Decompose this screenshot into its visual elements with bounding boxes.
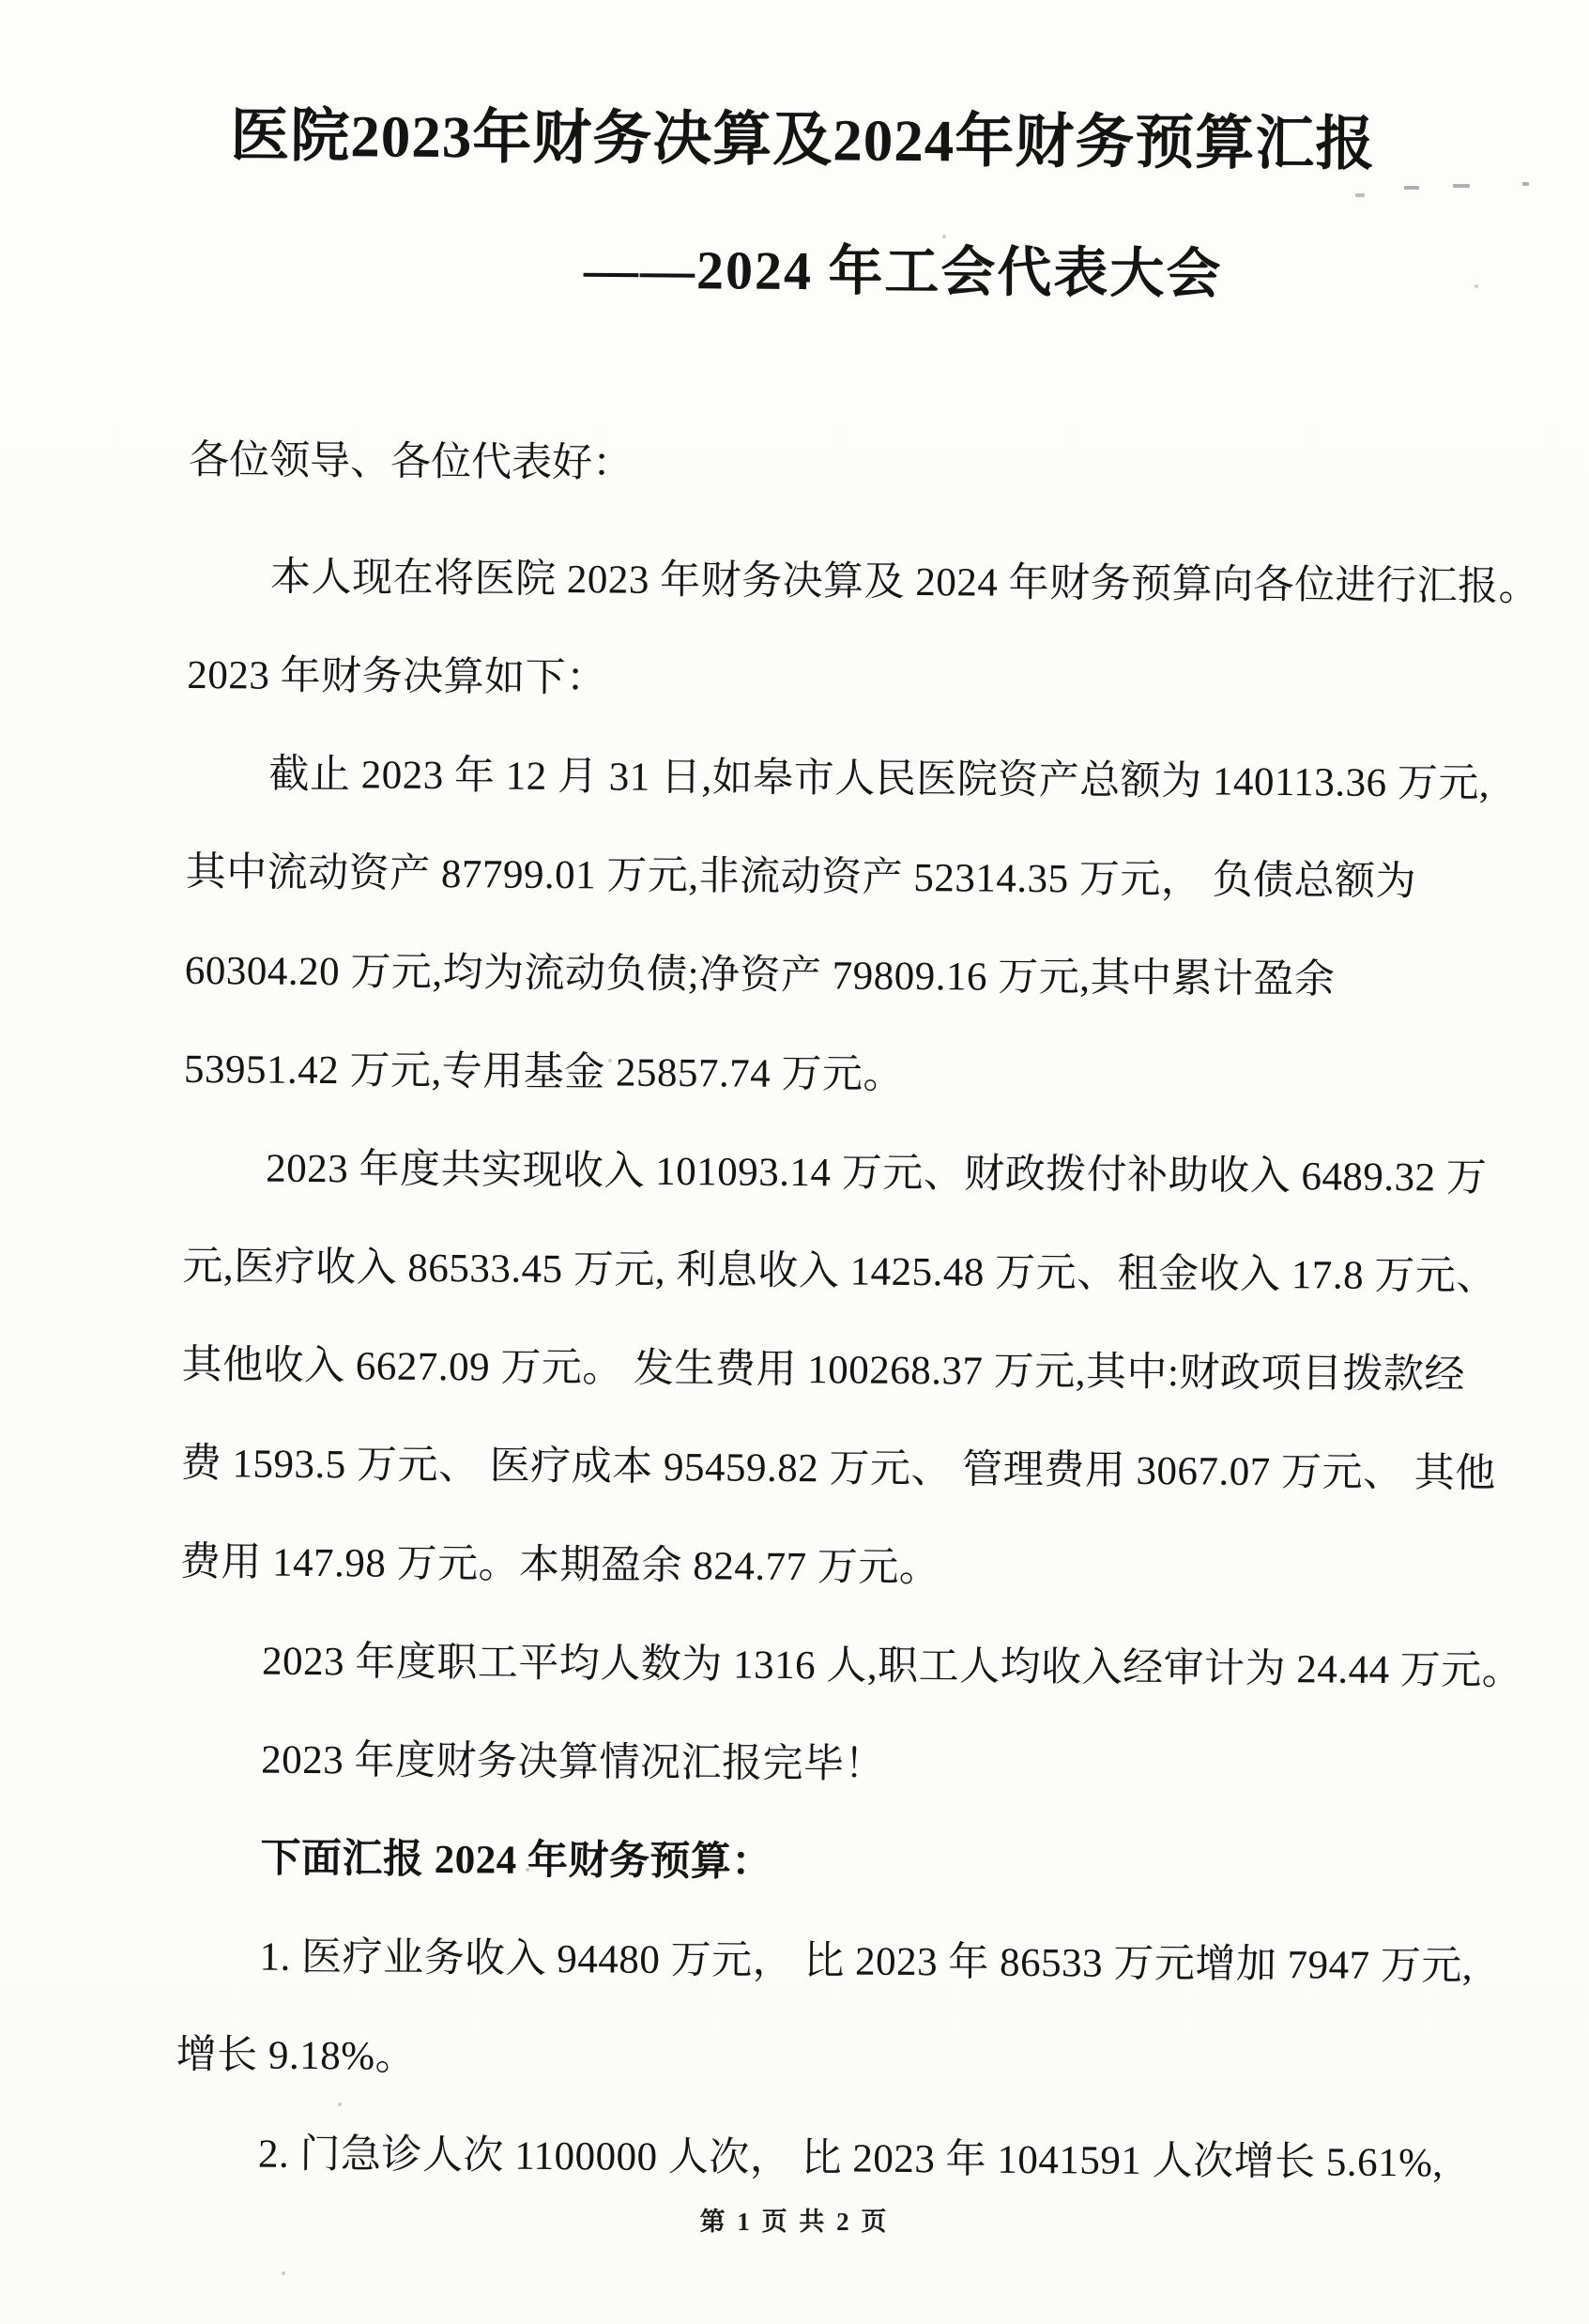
scan-artifact-speck bbox=[338, 2102, 342, 2106]
body-line: 60304.20 万元,均为流动负债;净资产 79809.16 万元,其中累计盈… bbox=[184, 922, 1441, 1031]
scan-artifact-dash bbox=[1355, 193, 1365, 197]
body-line: 元,医疗收入 86533.45 万元, 利息收入 1425.48 万元、租金收入… bbox=[182, 1217, 1439, 1326]
document-title-line2: ——2024 年工会代表大会 bbox=[108, 221, 1589, 312]
document-page: 医院2023年财务决算及2024年财务预算汇报 ——2024 年工会代表大会 各… bbox=[0, 0, 1589, 2324]
document-body: 本人现在将医院 2023 年财务决算及 2024 年财务预算向各位进行汇报。 2… bbox=[0, 526, 1585, 2213]
body-line: 2023 年度共实现收入 101093.14 万元、财政拨付补助收入 6489.… bbox=[183, 1119, 1440, 1228]
page-number-footer: 第 1 页 共 2 页 bbox=[0, 2201, 1589, 2238]
body-line: 1. 医疗业务收入 94480 万元， 比 2023 年 86533 万元增加 … bbox=[176, 1907, 1433, 2016]
body-line: 费 1593.5 万元、 医疗成本 95459.82 万元、 管理费用 3067… bbox=[180, 1414, 1437, 1523]
body-line: 本人现在将医院 2023 年财务决算及 2024 年财务预算向各位进行汇报。 bbox=[188, 527, 1444, 636]
body-line: 其他收入 6627.09 万元。 发生费用 100268.37 万元,其中:财政… bbox=[181, 1316, 1438, 1425]
body-line: 2023 年度财务决算情况汇报完毕！ bbox=[178, 1710, 1435, 1819]
body-line: 2023 年度职工平均人数为 1316 人,职工人均收入经审计为 24.44 万… bbox=[179, 1612, 1436, 1720]
body-line: 截止 2023 年 12 月 31 日,如皋市人民医院资产总额为 140113.… bbox=[186, 725, 1443, 833]
body-line-section-heading: 下面汇报 2024 年财务预算： bbox=[177, 1809, 1434, 1918]
body-line: 53951.42 万元,专用基金 25857.74 万元。 bbox=[184, 1020, 1441, 1129]
body-line: 费用 147.98 万元。本期盈余 824.77 万元。 bbox=[179, 1513, 1436, 1622]
salutation-line: 各位领导、各位代表好： bbox=[189, 430, 1585, 503]
document-title-line1: 医院2023年财务决算及2024年财务预算汇报 bbox=[102, 86, 1505, 183]
scan-artifact-speck bbox=[282, 2271, 285, 2275]
printed-content: 医院2023年财务决算及2024年财务预算汇报 ——2024 年工会代表大会 各… bbox=[0, 0, 1589, 2214]
scan-artifact-speck bbox=[1474, 284, 1478, 288]
body-line: 其中流动资产 87799.01 万元,非流动资产 52314.35 万元， 负债… bbox=[185, 823, 1442, 932]
scan-artifact-speck bbox=[942, 235, 946, 238]
scan-artifact-speck bbox=[206, 1370, 210, 1374]
body-line: 2. 门急诊人次 1100000 人次， 比 2023 年 1041591 人次… bbox=[176, 2104, 1432, 2213]
scan-artifact-dash bbox=[1522, 182, 1529, 186]
body-line: 2023 年财务决算如下： bbox=[187, 626, 1444, 735]
scan-artifact-dash bbox=[1453, 184, 1470, 188]
scan-artifact-speck bbox=[608, 1059, 612, 1063]
body-line: 增长 9.18%。 bbox=[176, 2006, 1432, 2115]
scan-artifact-speck bbox=[526, 1868, 529, 1872]
scan-artifact-dash bbox=[1404, 186, 1419, 190]
